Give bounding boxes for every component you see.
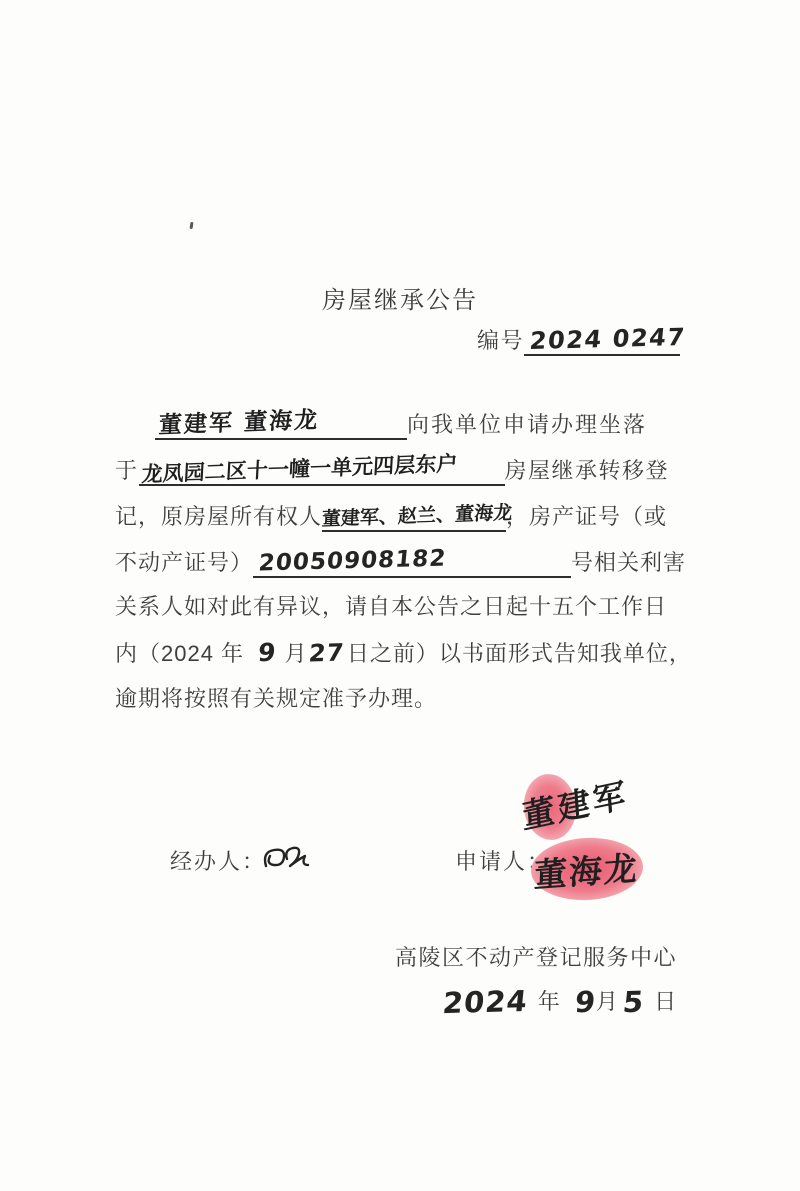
- date-year-handwritten: 2024: [441, 986, 529, 1018]
- body-line-6-month-char: 月: [284, 641, 307, 666]
- body-line-4: 不动产证号）20050908182号相关利害: [115, 546, 686, 578]
- address-blank: 龙凤园二区十一幢一单元四层东户: [139, 454, 505, 486]
- applicant-names-handwritten: 董建军 董海龙: [158, 405, 320, 441]
- serial-blank-line: 2024 0247: [524, 324, 680, 356]
- scan-speck-artifact: [190, 222, 194, 229]
- body-line-1-printed: 向我单位申请办理坐落: [407, 412, 647, 437]
- body-line-2-suffix: 房屋继承转移登: [505, 458, 670, 483]
- handler-label: 经办人：: [170, 847, 266, 877]
- body-line-4-prefix: 不动产证号）: [115, 550, 253, 575]
- date-day-char: 日: [654, 989, 677, 1014]
- serial-label: 编号: [477, 328, 524, 353]
- scanned-notice-document: 房屋继承公告 编号2024 0247 董建军 董海龙向我单位申请办理坐落 于龙凤…: [0, 0, 800, 1191]
- body-line-6-suffix: 日之前）以书面形式告知我单位，: [347, 641, 692, 666]
- applicant-signature-bottom: 董海龙: [533, 842, 639, 897]
- document-title: 房屋继承公告: [322, 280, 478, 315]
- cert-no-blank: 20050908182: [253, 546, 571, 578]
- address-handwritten: 龙凤园二区十一幢一单元四层东户: [140, 449, 457, 490]
- issue-date-row: 2024年9月5日: [443, 987, 677, 1017]
- serial-number-handwritten: 2024 0247: [528, 322, 687, 356]
- serial-row: 编号2024 0247: [477, 324, 680, 356]
- month-handwritten: 9: [257, 638, 278, 668]
- date-day-handwritten: 5: [621, 987, 645, 1018]
- body-line-2-prefix: 于: [115, 458, 139, 483]
- body-line-3-prefix: 记，原房屋所有权人: [115, 504, 322, 529]
- body-line-3: 记，原房屋所有权人董建军、赵兰、董海龙，房产证号（或: [115, 500, 667, 532]
- owners-handwritten: 董建军、赵兰、董海龙: [321, 498, 513, 535]
- date-year-char: 年: [538, 989, 561, 1014]
- body-line-6: 内（2024 年9月27日之前）以书面形式告知我单位，: [115, 638, 692, 669]
- body-line-5: 关系人如对此有异议，请自本公告之日起十五个工作日: [115, 592, 667, 622]
- body-line-3-suffix: ，房产证号（或: [506, 504, 667, 529]
- body-line-6-prefix: 内（2024 年: [115, 641, 244, 666]
- body-line-2: 于龙凤园二区十一幢一单元四层东户房屋继承转移登: [115, 454, 669, 486]
- body-line-4-suffix: 号相关利害: [571, 550, 686, 575]
- day-handwritten: 27: [308, 638, 346, 669]
- date-month-handwritten: 9: [573, 987, 597, 1018]
- issuing-org-name: 高陵区不动产登记服务中心: [395, 943, 677, 973]
- applicant-names-blank: 董建军 董海龙: [155, 408, 407, 440]
- cert-no-handwritten: 20050908182: [257, 544, 447, 579]
- date-month-char: 月: [596, 989, 619, 1014]
- body-line-1: 董建军 董海龙向我单位申请办理坐落: [155, 408, 647, 440]
- body-line-7: 逾期将按照有关规定准予办理。: [115, 684, 437, 714]
- owners-blank: 董建军、赵兰、董海龙: [322, 500, 506, 532]
- handler-signature-scribble: [258, 838, 322, 882]
